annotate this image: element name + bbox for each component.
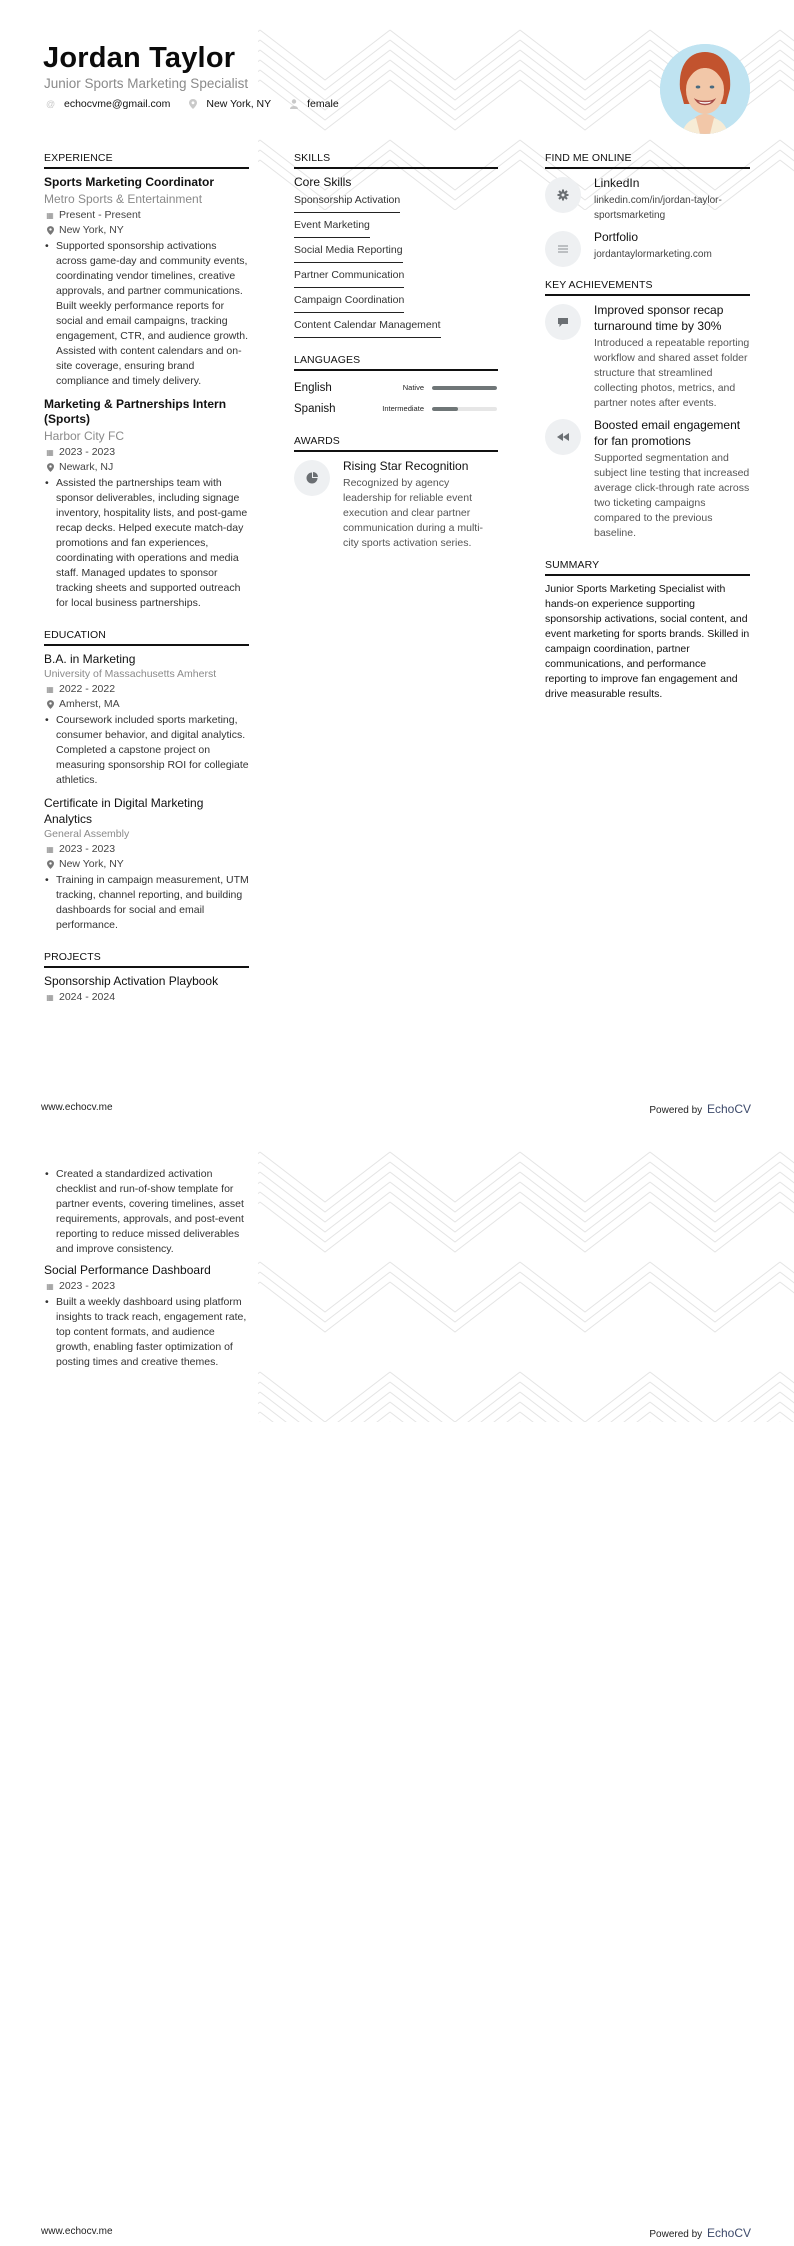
calendar-icon: ▦ — [46, 1282, 54, 1291]
project-dates: ▦2023 - 2023 — [44, 1279, 249, 1294]
powered-by-text: Powered by — [649, 1105, 702, 1116]
calendar-icon: ▦ — [46, 845, 54, 854]
project-item-continued: Created a standardized activation checkl… — [44, 1167, 249, 1257]
menu-lines-icon — [545, 231, 581, 267]
award-description: Recognized by agency leadership for reli… — [343, 476, 498, 551]
dates-text: 2022 - 2022 — [59, 682, 115, 697]
rewind-icon — [545, 419, 581, 455]
page-footer: www.echocv.me Powered by EchoCV — [0, 2226, 794, 2246]
online-heading: FIND ME ONLINE — [545, 152, 750, 169]
edu-description: Training in campaign measurement, UTM tr… — [44, 873, 249, 933]
project-title: Sponsorship Activation Playbook — [44, 974, 249, 990]
powered-by-text: Powered by — [649, 2229, 702, 2240]
skill-item: Sponsorship Activation — [294, 194, 400, 213]
language-proficiency-bar — [432, 386, 497, 390]
calendar-icon: ▦ — [46, 211, 54, 220]
person-icon — [289, 100, 298, 109]
achievement-item: Improved sponsor recap turnaround time b… — [545, 302, 750, 411]
edu-description: Coursework included sports marketing, co… — [44, 713, 249, 788]
skills-list: Sponsorship Activation Event Marketing S… — [294, 194, 498, 344]
contact-gender: female — [289, 98, 339, 110]
award-item: Rising Star Recognition Recognized by ag… — [294, 458, 498, 551]
location-pin-icon — [46, 463, 54, 472]
school-name: University of Massachusetts Amherst — [44, 667, 249, 682]
languages-heading: LANGUAGES — [294, 354, 498, 371]
language-item: Spanish Intermediate — [294, 398, 498, 419]
online-label: LinkedIn — [594, 175, 750, 191]
location-pin-icon — [46, 226, 54, 235]
location-text: New York, NY — [59, 857, 124, 872]
language-name: English — [294, 382, 366, 394]
school-name: General Assembly — [44, 827, 249, 842]
resume-page-1: Jordan Taylor Junior Sports Marketing Sp… — [0, 0, 794, 1122]
degree-title: B.A. in Marketing — [44, 652, 249, 668]
awards-heading: AWARDS — [294, 435, 498, 452]
gender-text: female — [307, 98, 339, 110]
brand-logo[interactable]: EchoCV — [707, 1102, 751, 1116]
language-proficiency-fill — [432, 386, 497, 390]
achievement-description: Supported segmentation and subject line … — [594, 451, 750, 541]
gear-icon — [545, 177, 581, 213]
resume-page-2: Created a standardized activation checkl… — [0, 1122, 794, 2246]
calendar-icon: ▦ — [46, 685, 54, 694]
edu-dates: ▦2022 - 2022 — [44, 682, 249, 697]
skill-item: Campaign Coordination — [294, 294, 404, 313]
education-heading: EDUCATION — [44, 629, 249, 646]
dates-text: 2023 - 2023 — [59, 445, 115, 460]
calendar-icon: ▦ — [46, 993, 54, 1002]
achievement-title: Improved sponsor recap turnaround time b… — [594, 302, 750, 334]
pie-chart-icon — [294, 460, 330, 496]
project-description: Created a standardized activation checkl… — [44, 1167, 249, 1257]
project-description: Built a weekly dashboard using platform … — [44, 1295, 249, 1370]
speech-bubble-icon — [545, 304, 581, 340]
achievement-description: Introduced a repeatable reporting workfl… — [594, 336, 750, 411]
language-name: Spanish — [294, 403, 366, 415]
job-title: Marketing & Partnerships Intern (Sports) — [44, 397, 249, 428]
dates-text: 2023 - 2023 — [59, 1279, 115, 1294]
email-text: echocvme@gmail.com — [64, 98, 170, 110]
location-text: Newark, NJ — [59, 460, 113, 475]
language-proficiency-fill — [432, 407, 458, 411]
award-title: Rising Star Recognition — [343, 458, 498, 474]
dates-text: 2023 - 2023 — [59, 842, 115, 857]
online-item-portfolio[interactable]: Portfolio jordantaylormarketing.com — [545, 229, 750, 267]
skill-item: Partner Communication — [294, 269, 404, 288]
brand-logo[interactable]: EchoCV — [707, 2226, 751, 2240]
dates-text: Present - Present — [59, 208, 141, 223]
location-pin-icon — [46, 700, 54, 709]
achievement-title: Boosted email engagement for fan promoti… — [594, 417, 750, 449]
skill-item: Event Marketing — [294, 219, 370, 238]
projects-heading: PROJECTS — [44, 951, 249, 968]
online-label: Portfolio — [594, 229, 750, 245]
job-location: Newark, NJ — [44, 460, 249, 475]
footer-url[interactable]: www.echocv.me — [41, 2226, 113, 2237]
job-description: Assisted the partnerships team with spon… — [44, 476, 249, 611]
contact-location: New York, NY — [188, 98, 271, 110]
powered-by: Powered by EchoCV — [649, 2226, 751, 2240]
edu-location: New York, NY — [44, 857, 249, 872]
experience-item: Sports Marketing Coordinator Metro Sport… — [44, 175, 249, 389]
experience-item: Marketing & Partnerships Intern (Sports)… — [44, 397, 249, 611]
skill-item: Content Calendar Management — [294, 319, 441, 338]
project-item: Sponsorship Activation Playbook ▦2024 - … — [44, 974, 249, 1005]
summary-text: Junior Sports Marketing Specialist with … — [545, 582, 750, 702]
language-item: English Native — [294, 377, 498, 398]
edu-dates: ▦2023 - 2023 — [44, 842, 249, 857]
location-pin-icon — [46, 860, 54, 869]
at-icon: @ — [46, 100, 55, 109]
location-text: Amherst, MA — [59, 697, 120, 712]
language-level: Native — [366, 383, 424, 392]
page-footer: www.echocv.me Powered by EchoCV — [0, 1102, 794, 1122]
project-item: Social Performance Dashboard ▦2023 - 202… — [44, 1263, 249, 1370]
job-location: New York, NY — [44, 223, 249, 238]
profile-photo — [660, 44, 750, 134]
online-link[interactable]: jordantaylormarketing.com — [594, 247, 750, 262]
powered-by: Powered by EchoCV — [649, 1102, 751, 1116]
company-name: Metro Sports & Entertainment — [44, 191, 249, 208]
location-text: New York, NY — [59, 223, 124, 238]
middle-column: SKILLS Core Skills Sponsorship Activatio… — [294, 152, 498, 557]
language-level: Intermediate — [366, 404, 424, 413]
candidate-name: Jordan Taylor — [43, 42, 235, 75]
project-title: Social Performance Dashboard — [44, 1263, 249, 1279]
right-column: FIND ME ONLINE LinkedIn linkedin.com/in/… — [545, 152, 750, 702]
achievement-item: Boosted email engagement for fan promoti… — [545, 417, 750, 541]
education-item: Certificate in Digital Marketing Analyti… — [44, 796, 249, 933]
dates-text: 2024 - 2024 — [59, 990, 115, 1005]
achievements-heading: KEY ACHIEVEMENTS — [545, 279, 750, 296]
job-title: Sports Marketing Coordinator — [44, 175, 249, 191]
company-name: Harbor City FC — [44, 428, 249, 445]
skill-group-title: Core Skills — [294, 175, 498, 189]
job-dates: ▦Present - Present — [44, 208, 249, 223]
summary-heading: SUMMARY — [545, 559, 750, 576]
skills-heading: SKILLS — [294, 152, 498, 169]
project-dates: ▦2024 - 2024 — [44, 990, 249, 1005]
left-column-continued: Created a standardized activation checkl… — [44, 1166, 249, 1378]
online-link[interactable]: linkedin.com/in/jordan-taylor-sportsmark… — [594, 193, 750, 223]
candidate-title: Junior Sports Marketing Specialist — [44, 76, 248, 91]
contact-row: @ echocvme@gmail.com New York, NY female — [46, 98, 357, 110]
experience-heading: EXPERIENCE — [44, 152, 249, 169]
language-proficiency-bar — [432, 407, 497, 411]
location-text: New York, NY — [206, 98, 271, 110]
skill-item: Social Media Reporting — [294, 244, 403, 263]
edu-location: Amherst, MA — [44, 697, 249, 712]
location-pin-icon — [188, 100, 197, 109]
footer-url[interactable]: www.echocv.me — [41, 1102, 113, 1113]
education-item: B.A. in Marketing University of Massachu… — [44, 652, 249, 789]
online-item-linkedin[interactable]: LinkedIn linkedin.com/in/jordan-taylor-s… — [545, 175, 750, 223]
degree-title: Certificate in Digital Marketing Analyti… — [44, 796, 249, 827]
calendar-icon: ▦ — [46, 448, 54, 457]
left-column: EXPERIENCE Sports Marketing Coordinator … — [44, 152, 249, 1013]
job-dates: ▦2023 - 2023 — [44, 445, 249, 460]
contact-email[interactable]: @ echocvme@gmail.com — [46, 98, 170, 110]
job-description: Supported sponsorship activations across… — [44, 239, 249, 389]
